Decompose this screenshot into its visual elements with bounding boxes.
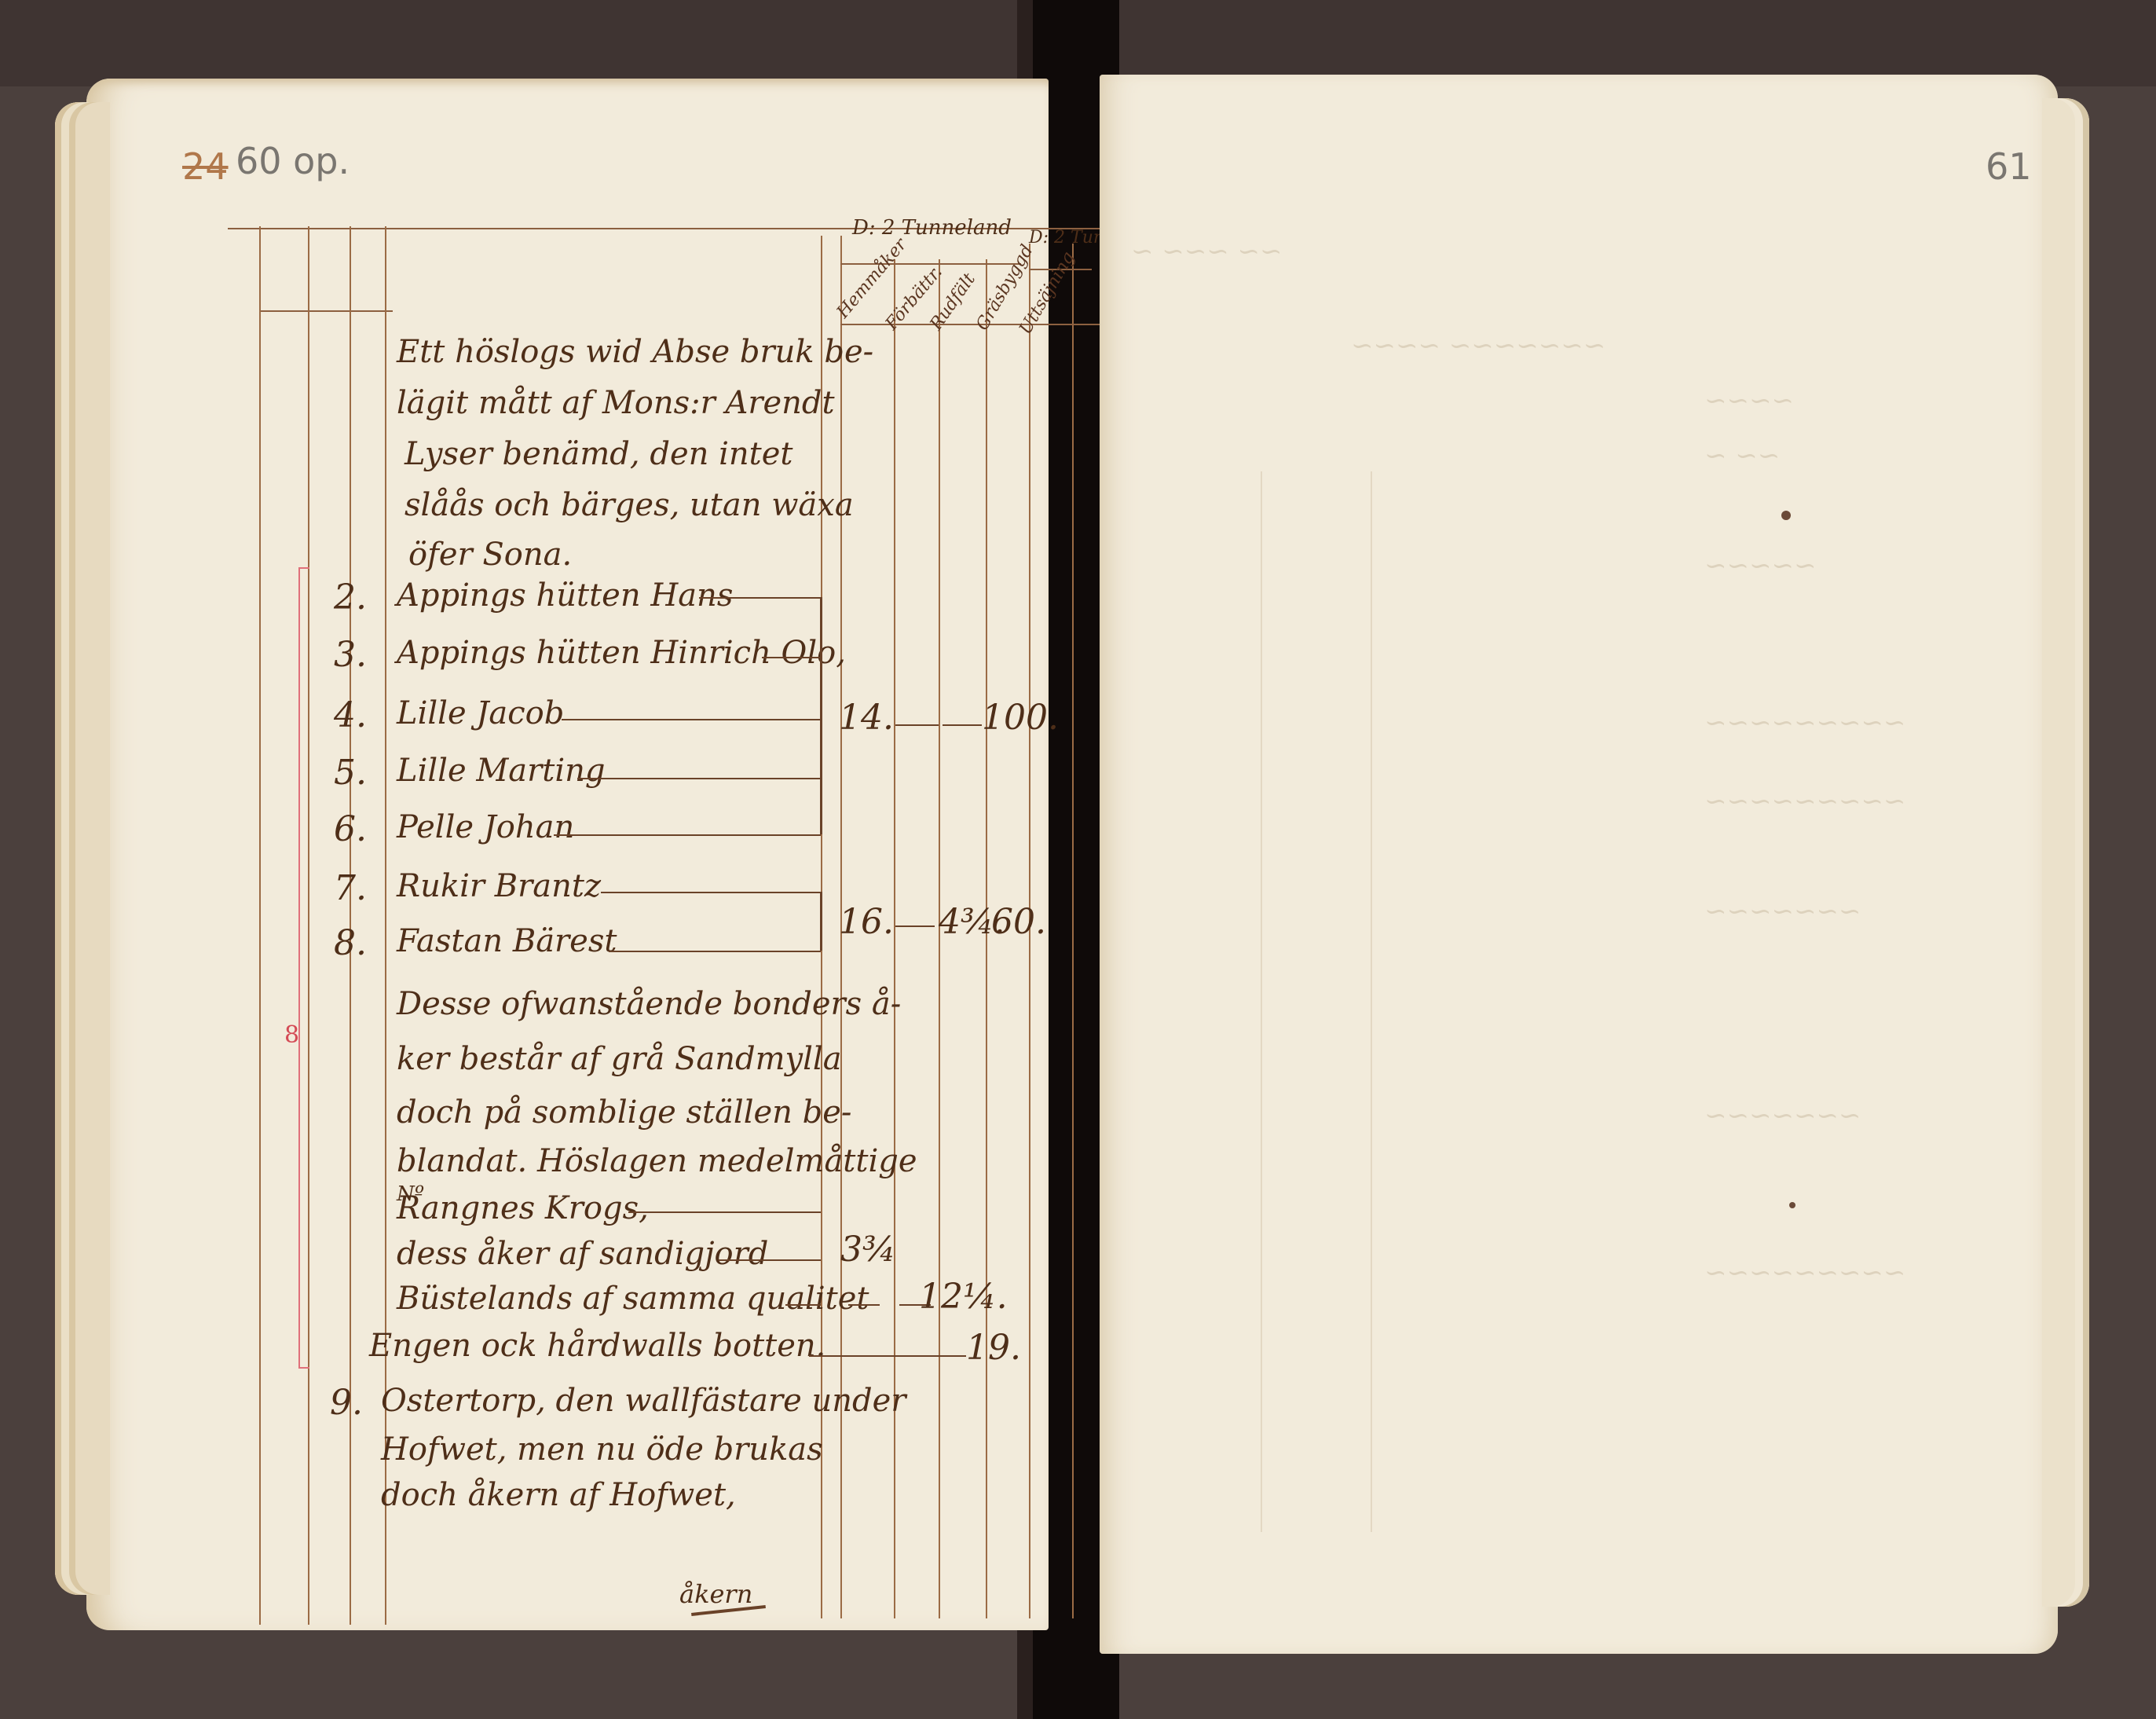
show-through: ~~~~~~~~~ bbox=[1704, 707, 1905, 739]
show-through: ~~ ~ bbox=[1704, 440, 1780, 471]
krog-line: Rangnes Krogs, bbox=[397, 1190, 649, 1226]
dash bbox=[895, 925, 935, 927]
leader-line bbox=[628, 1211, 821, 1213]
value-cell: 19. bbox=[966, 1328, 1021, 1368]
intro-line-5: öfer Sona. bbox=[408, 537, 572, 573]
krog-line: Büstelands af samma qualitet bbox=[397, 1281, 869, 1317]
page-edges bbox=[2042, 98, 2089, 1607]
krog-line: Engen ock hårdwalls botten. bbox=[369, 1328, 825, 1364]
show-through: ~~ ~~~ ~ bbox=[1131, 236, 1283, 267]
group-bracket-2 bbox=[817, 892, 822, 951]
intro-line-1: Ett höslogs wid Abse bruk be- bbox=[397, 334, 873, 370]
entry-name: Appings hütten Hinrich Olo, bbox=[397, 635, 846, 671]
show-through: ~~~~~~~~~ bbox=[1704, 786, 1905, 817]
leader-line bbox=[562, 719, 821, 720]
leader-line bbox=[762, 657, 821, 658]
red-bracket-bottom bbox=[298, 1367, 309, 1369]
value-cell: 12¼. bbox=[919, 1277, 1008, 1317]
leader-line bbox=[577, 778, 821, 779]
show-through-rule bbox=[1371, 471, 1372, 1532]
entry9-line-1: Ostertorp, den wallfästare under bbox=[381, 1383, 906, 1419]
leader-line bbox=[785, 1304, 821, 1306]
dash bbox=[848, 1304, 880, 1306]
ink-spot bbox=[1781, 511, 1791, 520]
rule-header-bottom bbox=[840, 324, 1100, 325]
desc-line-4: blandat. Höslagen medelmåttige bbox=[397, 1143, 917, 1179]
page-edges bbox=[55, 102, 110, 1595]
group-bracket-1 bbox=[817, 597, 822, 834]
rule-margin-2 bbox=[308, 226, 309, 1625]
dash bbox=[943, 724, 982, 726]
show-through: ~~~~~~~ ~~~~ bbox=[1351, 330, 1605, 361]
entry-name: Appings hütten Hans bbox=[397, 577, 733, 614]
show-through: ~~~~~~~ bbox=[1704, 1100, 1861, 1131]
leader-line bbox=[699, 597, 821, 599]
leader-line bbox=[554, 834, 821, 836]
rule-header bbox=[259, 310, 393, 312]
value-cell: 100. bbox=[982, 698, 1059, 738]
value-cell: 16. bbox=[839, 902, 894, 942]
red-margin-mark: 8 bbox=[284, 1021, 299, 1049]
entry-name: Lille Marting bbox=[397, 753, 606, 789]
entry9-line-3: doch åkern af Hofwet, bbox=[381, 1477, 736, 1513]
folio-pencil: 60 op. bbox=[236, 140, 350, 182]
entry-no: 5. bbox=[334, 753, 367, 793]
dash bbox=[895, 724, 939, 726]
value-cell: 60. bbox=[991, 902, 1046, 942]
desc-line-3: doch på somblige ställen be- bbox=[397, 1094, 851, 1131]
entry-no: 2. bbox=[334, 577, 367, 618]
entry-no: 9. bbox=[330, 1383, 363, 1423]
entry-no: 6. bbox=[334, 809, 367, 849]
entry9-line-2: Hofwet, men nu öde brukas bbox=[381, 1431, 823, 1468]
rule-col-f bbox=[1072, 244, 1074, 1618]
folio-struck: 24 bbox=[182, 145, 229, 188]
show-through: ~~~~ bbox=[1704, 385, 1794, 416]
entry-no: 3. bbox=[334, 635, 367, 675]
desc-line-1: Desse ofwanstående bonders å- bbox=[397, 986, 901, 1022]
intro-line-2: lägit mått af Mons:r Arendt bbox=[397, 385, 835, 421]
right-page bbox=[1100, 75, 2058, 1654]
entry-name: Pelle Johan bbox=[397, 809, 574, 845]
value-cell: 3¾ bbox=[840, 1230, 896, 1270]
entry-no: 7. bbox=[334, 868, 367, 908]
intro-line-4: slåås och bärges, utan wäxa bbox=[404, 487, 854, 523]
rule-margin-1 bbox=[259, 226, 261, 1625]
entry-name: Fastan Bärest bbox=[397, 923, 617, 959]
show-through: ~~~~~ bbox=[1704, 550, 1816, 581]
desc-line-2: ker består af grå Sandmylla bbox=[397, 1041, 842, 1077]
entry-name: Lille Jacob bbox=[397, 695, 564, 731]
folio-right: 61 bbox=[1986, 145, 2032, 188]
catchword: åkern bbox=[679, 1579, 752, 1609]
show-through: ~~~~~~~~~ bbox=[1704, 1257, 1905, 1288]
intro-line-3: Lyser benämd, den intet bbox=[404, 436, 792, 472]
leader-line bbox=[609, 951, 821, 952]
show-through: ~~~~~~~ bbox=[1704, 896, 1861, 927]
leader-line bbox=[809, 1355, 966, 1357]
show-through-rule bbox=[1261, 471, 1262, 1532]
leader-line bbox=[601, 892, 821, 893]
red-margin-bracket bbox=[298, 567, 300, 1369]
entry-no: 8. bbox=[334, 923, 367, 963]
value-cell: 14. bbox=[839, 698, 894, 738]
red-bracket-top bbox=[298, 567, 309, 569]
entry-name: Rukir Brantz bbox=[397, 868, 601, 904]
header-group-tunneland: D: 2 Tunneland bbox=[852, 216, 1012, 240]
leader-line bbox=[719, 1259, 821, 1261]
krog-line: dess åker af sandigjord bbox=[397, 1236, 768, 1272]
ink-spot bbox=[1789, 1202, 1795, 1208]
entry-no: 4. bbox=[334, 695, 367, 735]
